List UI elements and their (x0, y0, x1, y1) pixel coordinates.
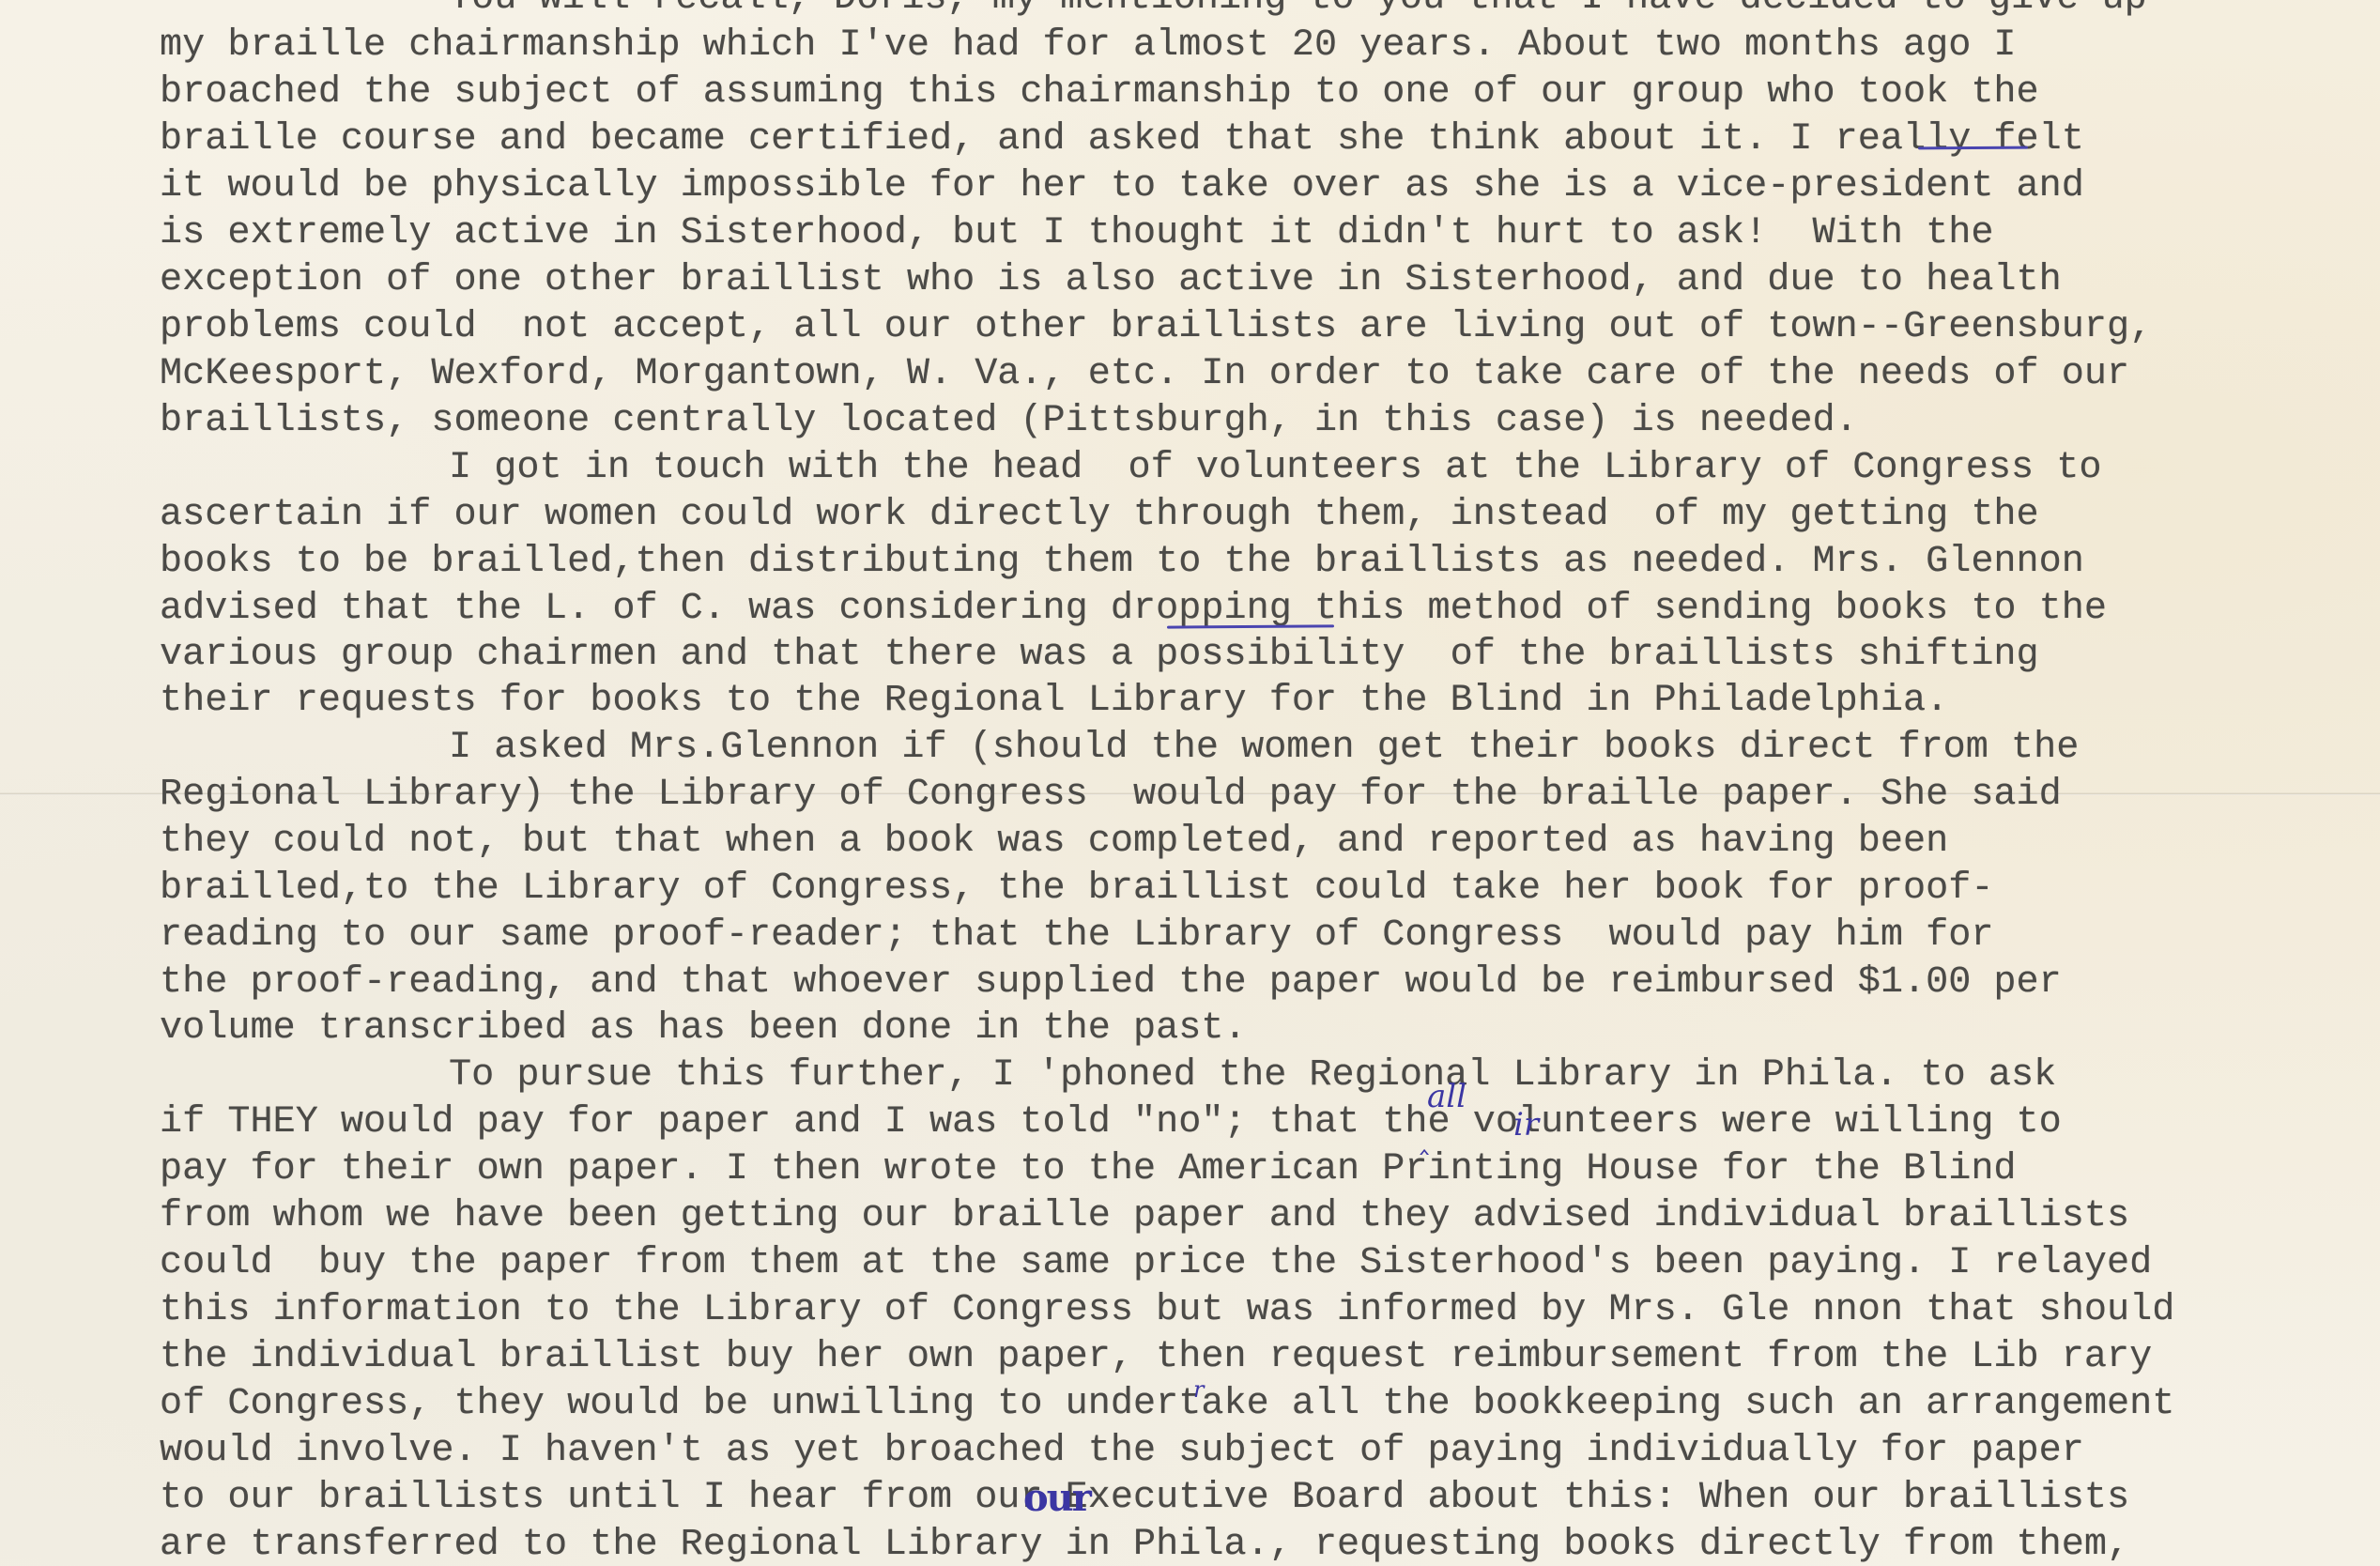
text-line: braillists, someone centrally located (P… (160, 398, 1858, 445)
text-line: could buy the paper from them at the sam… (160, 1240, 2152, 1287)
handwritten-insert-ir: ir (1513, 1106, 1539, 1144)
text-line: broached the subject of assuming this ch… (160, 69, 2039, 116)
text-line: pay for their own paper. I then wrote to… (160, 1146, 2017, 1193)
text-line: the proof-reading, and that whoever supp… (160, 960, 2062, 1006)
text-line: this information to the Library of Congr… (160, 1287, 2174, 1334)
caret-mark: ‸ (1420, 1123, 1429, 1156)
text-line: from whom we have been getting our brail… (160, 1193, 2129, 1240)
text-line: McKeesport, Wexford, Morgantown, W. Va.,… (160, 351, 2129, 398)
text-line: if THEY would pay for paper and I was to… (160, 1099, 2062, 1146)
text-line: exception of one other braillist who is … (160, 257, 2062, 304)
text-line: my braille chairmanship which I've had f… (160, 23, 2017, 69)
text-line: I got in touch with the head of voluntee… (449, 445, 2102, 492)
text-line: reading to our same proof-reader; that t… (160, 913, 1993, 960)
text-line: to our braillists until I hear from our … (160, 1475, 2129, 1522)
handwritten-correction-r: r (1193, 1376, 1204, 1403)
text-line: I asked Mrs.Glennon if (should the women… (449, 725, 2079, 772)
letter-page: You will recall, Doris, my mentioning to… (0, 0, 2380, 1566)
text-line: their requests for books to the Regional… (160, 678, 1948, 725)
text-line: is extremely active in Sisterhood, but I… (160, 210, 1993, 257)
text-line: Regional Library) the Library of Congres… (160, 772, 2062, 819)
text-line: brailled,to the Library of Congress, the… (160, 866, 1993, 913)
text-line: problems could not accept, all our other… (160, 304, 2152, 351)
text-line: it would be physically impossible for he… (160, 163, 2084, 210)
text-line: ascertain if our women could work direct… (160, 492, 2039, 539)
text-line: books to be brailled,then distributing t… (160, 539, 2084, 586)
text-line: of Congress, they would be unwilling to … (160, 1381, 2174, 1428)
text-line: volume transcribed as has been done in t… (160, 1006, 1247, 1052)
text-line: they could not, but that when a book was… (160, 819, 1948, 866)
handwritten-insert-all: all (1427, 1078, 1466, 1115)
text-line: braille course and became certified, and… (160, 116, 2084, 163)
text-line: advised that the L. of C. was considerin… (160, 586, 2107, 633)
text-line: You will recall, Doris, my mentioning to… (449, 0, 2147, 23)
text-line: various group chairmen and that there wa… (160, 632, 2039, 679)
text-line: would involve. I haven't as yet broached… (160, 1428, 2084, 1475)
text-line: the individual braillist buy her own pap… (160, 1334, 2152, 1381)
text-line: are transferred to the Regional Library … (160, 1522, 2129, 1566)
text-line: To pursue this further, I 'phoned the Re… (449, 1052, 2056, 1099)
handwritten-overwrite-our: our (1023, 1476, 1090, 1520)
